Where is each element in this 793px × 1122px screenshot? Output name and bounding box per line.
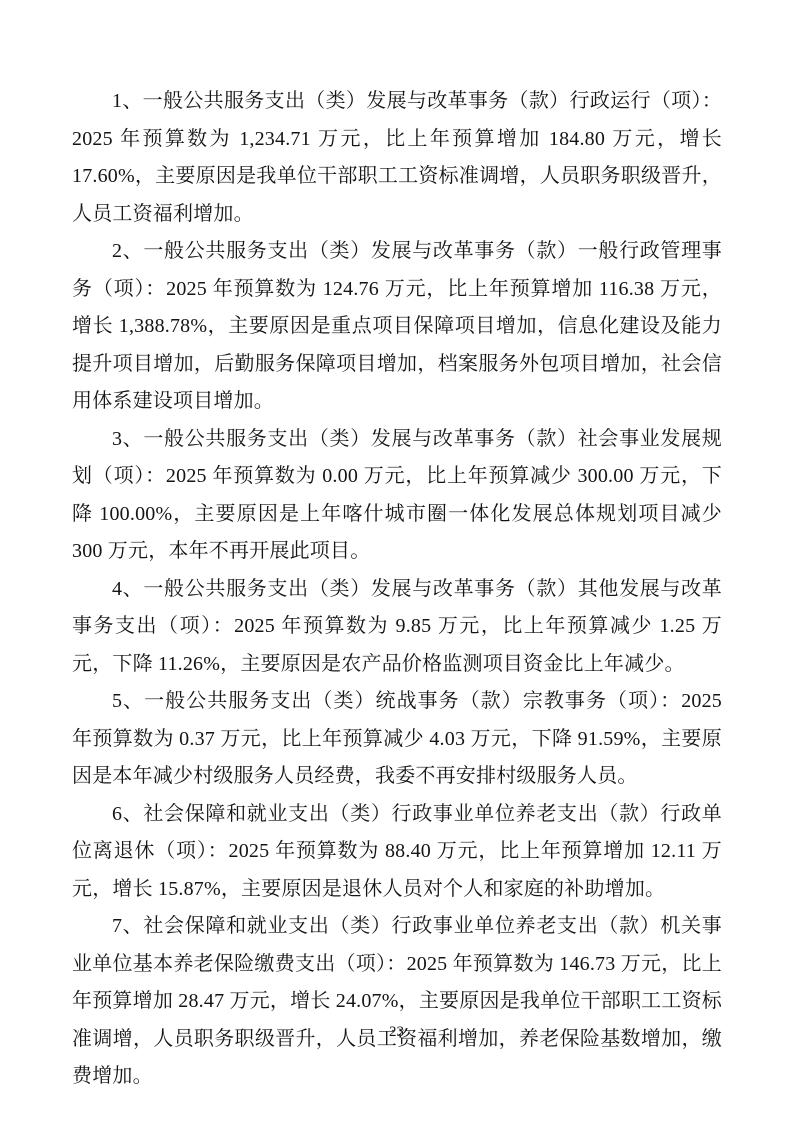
document-page: 1、一般公共服务支出（类）发展与改革事务（款）行政运行（项）：2025 年预算数… [0,0,793,1122]
page-number: 23 [0,1022,793,1042]
budget-paragraph-6: 6、社会保障和就业支出（类）行政事业单位养老支出（款）行政单位离退休（项）：20… [72,796,722,909]
document-body: 1、一般公共服务支出（类）发展与改革事务（款）行政运行（项）：2025 年预算数… [72,83,722,1096]
budget-paragraph-5: 5、一般公共服务支出（类）统战事务（款）宗教事务（项）：2025 年预算数为 0… [72,683,722,796]
budget-paragraph-4: 4、一般公共服务支出（类）发展与改革事务（款）其他发展与改革事务支出（项）：20… [72,571,722,684]
budget-paragraph-3: 3、一般公共服务支出（类）发展与改革事务（款）社会事业发展规划（项）：2025 … [72,421,722,571]
budget-paragraph-7: 7、社会保障和就业支出（类）行政事业单位养老支出（款）机关事业单位基本养老保险缴… [72,908,722,1096]
budget-paragraph-2: 2、一般公共服务支出（类）发展与改革事务（款）一般行政管理事务（项）：2025 … [72,233,722,421]
budget-paragraph-1: 1、一般公共服务支出（类）发展与改革事务（款）行政运行（项）：2025 年预算数… [72,83,722,233]
